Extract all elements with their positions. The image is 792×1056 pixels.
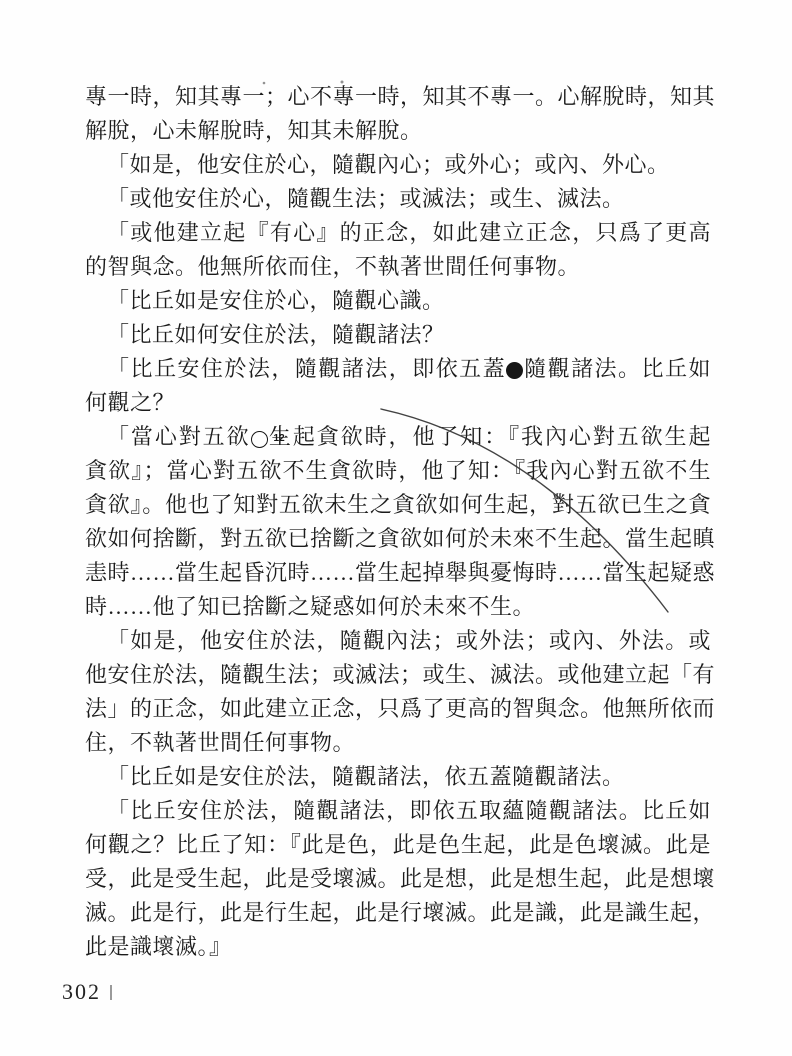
text-line: 貪欲』；當心對五欲不生貪欲時，他了知：『我內心對五欲不生 (85, 454, 711, 488)
text-line: 的智與念。他無所依而住，不執著世間任何事物。 (85, 250, 711, 284)
text-line: 恚時……當生起昏沉時……當生起掉舉與憂悔時……當生起疑惑 (85, 556, 711, 590)
paragraph: 「比丘安住於法，隨觀諸法，即依五取蘊隨觀諸法。比丘如何觀之？比丘了知：『此是色，… (85, 794, 711, 964)
text-line: 「比丘安住於法，隨觀諸法，即依五蓋24隨觀諸法。比丘如 (85, 352, 711, 386)
book-page: 專一時，知其專一；心不專一時，知其不專一。心解脫時，知其解脫，心未解脫時，知其未… (0, 0, 792, 1056)
text-line: 「比丘安住於法，隨觀諸法，即依五取蘊隨觀諸法。比丘如 (85, 794, 711, 828)
text-line: 「比丘如何安住於法，隨觀諸法？ (85, 318, 711, 352)
paragraph: 「如是，他安住於心，隨觀內心；或外心；或內、外心。 (85, 148, 711, 182)
paragraph: 「如是，他安住於法，隨觀內法；或外法；或內、外法。或他安住於法，隨觀生法；或滅法… (85, 624, 711, 760)
text-line: 「比丘如是安住於心，隨觀心識。 (85, 284, 711, 318)
page-number: 302 (62, 979, 101, 1005)
text-line: 法」的正念，如此建立正念，只爲了更高的智與念。他無所依而 (85, 692, 711, 726)
text-line: 滅。此是行，此是行生起，此是行壞滅。此是識，此是識生起， (85, 896, 711, 930)
paragraph: 專一時，知其專一；心不專一時，知其不專一。心解脫時，知其解脫，心未解脫時，知其未… (85, 80, 711, 148)
text-line: 「或他安住於心，隨觀生法；或滅法；或生、滅法。 (85, 182, 711, 216)
footnote-marker: 12 (251, 431, 268, 448)
paragraph: 「比丘如是安住於心，隨觀心識。 (85, 284, 711, 318)
text-line: 他安住於法，隨觀生法；或滅法；或生、滅法。或他建立起「有 (85, 658, 711, 692)
text-line: 何觀之？比丘了知：『此是色，此是色生起，此是色壞滅。此是 (85, 828, 711, 862)
text-block: 專一時，知其專一；心不專一時，知其不專一。心解脫時，知其解脫，心未解脫時，知其未… (85, 80, 711, 964)
paragraph: 「當心對五欲12生起貪欲時，他了知：『我內心對五欲生起貪欲』；當心對五欲不生貪欲… (85, 420, 711, 624)
paragraph: 「或他建立起『有心』的正念，如此建立正念，只爲了更高的智與念。他無所依而住，不執… (85, 216, 711, 284)
text-line: 貪欲』。他也了知對五欲未生之貪欲如何生起，對五欲已生之貪 (85, 488, 711, 522)
footnote-marker: 24 (506, 362, 523, 379)
text-line: 「當心對五欲12生起貪欲時，他了知：『我內心對五欲生起 (85, 420, 711, 454)
page-number-divider (110, 985, 112, 1000)
text-line: 何觀之？ (85, 386, 711, 420)
text-line: 解脫，心未解脫時，知其未解脫。 (85, 114, 711, 148)
text-line: 住，不執著世間任何事物。 (85, 726, 711, 760)
text-line: 此是識壞滅。』 (85, 930, 711, 964)
paragraph: 「或他安住於心，隨觀生法；或滅法；或生、滅法。 (85, 182, 711, 216)
text-line: 「或他建立起『有心』的正念，如此建立正念，只爲了更高 (85, 216, 711, 250)
text-line: 「如是，他安住於心，隨觀內心；或外心；或內、外心。 (85, 148, 711, 182)
paragraph: 「比丘安住於法，隨觀諸法，即依五蓋24隨觀諸法。比丘如何觀之？ (85, 352, 711, 420)
text-line: 時……他了知已捨斷之疑惑如何於未來不生。 (85, 590, 711, 624)
text-line: 「比丘如是安住於法，隨觀諸法，依五蓋隨觀諸法。 (85, 760, 711, 794)
text-line: 「如是，他安住於法，隨觀內法；或外法；或內、外法。或 (85, 624, 711, 658)
paragraph: 「比丘如是安住於法，隨觀諸法，依五蓋隨觀諸法。 (85, 760, 711, 794)
text-line: 專一時，知其專一；心不專一時，知其不專一。心解脫時，知其 (85, 80, 711, 114)
text-line: 受，此是受生起，此是受壞滅。此是想，此是想生起，此是想壞 (85, 862, 711, 896)
paragraph: 「比丘如何安住於法，隨觀諸法？ (85, 318, 711, 352)
text-line: 欲如何捨斷，對五欲已捨斷之貪欲如何於未來不生起。當生起瞋 (85, 522, 711, 556)
page-footer: 302 (62, 980, 112, 1004)
